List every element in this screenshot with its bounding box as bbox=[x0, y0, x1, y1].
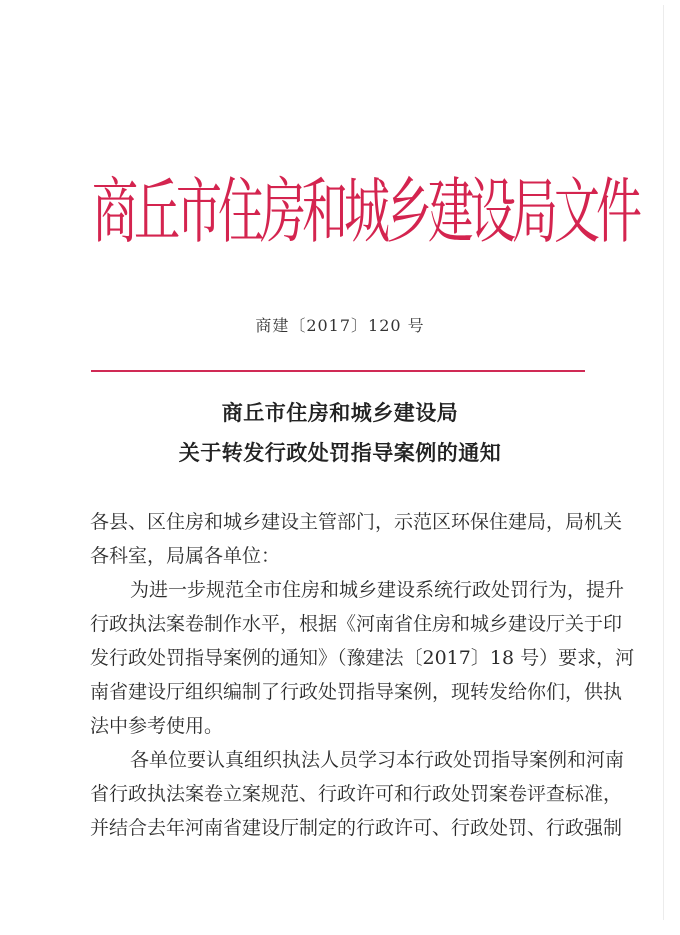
body-line-para1-4: 南省建设厅组织编制了行政处罚指导案例，现转发给你们，供执 bbox=[90, 675, 584, 709]
body-line-para1-3: 发行政处罚指导案例的通知》（豫建法〔2017〕18 号）要求，河 bbox=[90, 641, 584, 675]
body-line-para1-5: 法中参考使用。 bbox=[90, 709, 584, 743]
notice-title-line-1: 商丘市住房和城乡建设局 bbox=[0, 397, 680, 427]
document-number: 商建〔2017〕120 号 bbox=[0, 313, 680, 336]
body-line-para1-2: 行政执法案卷制作水平，根据《河南省住房和城乡建设厅关于印 bbox=[90, 607, 584, 641]
body-line-para2-1: 各单位要认真组织执法人员学习本行政处罚指导案例和河南 bbox=[90, 743, 584, 777]
red-separator-rule bbox=[91, 370, 585, 372]
body-line-para2-2: 省行政执法案卷立案规范、行政许可和行政处罚案卷评查标准， bbox=[90, 777, 584, 811]
body-line-addressee-1: 各县、区住房和城乡建设主管部门，示范区环保住建局，局机关 bbox=[90, 505, 584, 539]
notice-title-line-2: 关于转发行政处罚指导案例的通知 bbox=[0, 437, 680, 467]
body-line-addressee-2: 各科室，局属各单位： bbox=[90, 539, 584, 573]
body-line-para1-1: 为进一步规范全市住房和城乡建设系统行政处罚行为，提升 bbox=[90, 573, 584, 607]
body-line-para2-3: 并结合去年河南省建设厅制定的行政许可、行政处罚、行政强制 bbox=[90, 811, 584, 845]
issuer-banner: 商丘市住房和城乡建设局文件 bbox=[92, 144, 582, 277]
document-page: 商丘市住房和城乡建设局文件 商建〔2017〕120 号 商丘市住房和城乡建设局 … bbox=[0, 0, 680, 935]
notice-body: 各县、区住房和城乡建设主管部门，示范区环保住建局，局机关 各科室，局属各单位： … bbox=[90, 505, 584, 845]
